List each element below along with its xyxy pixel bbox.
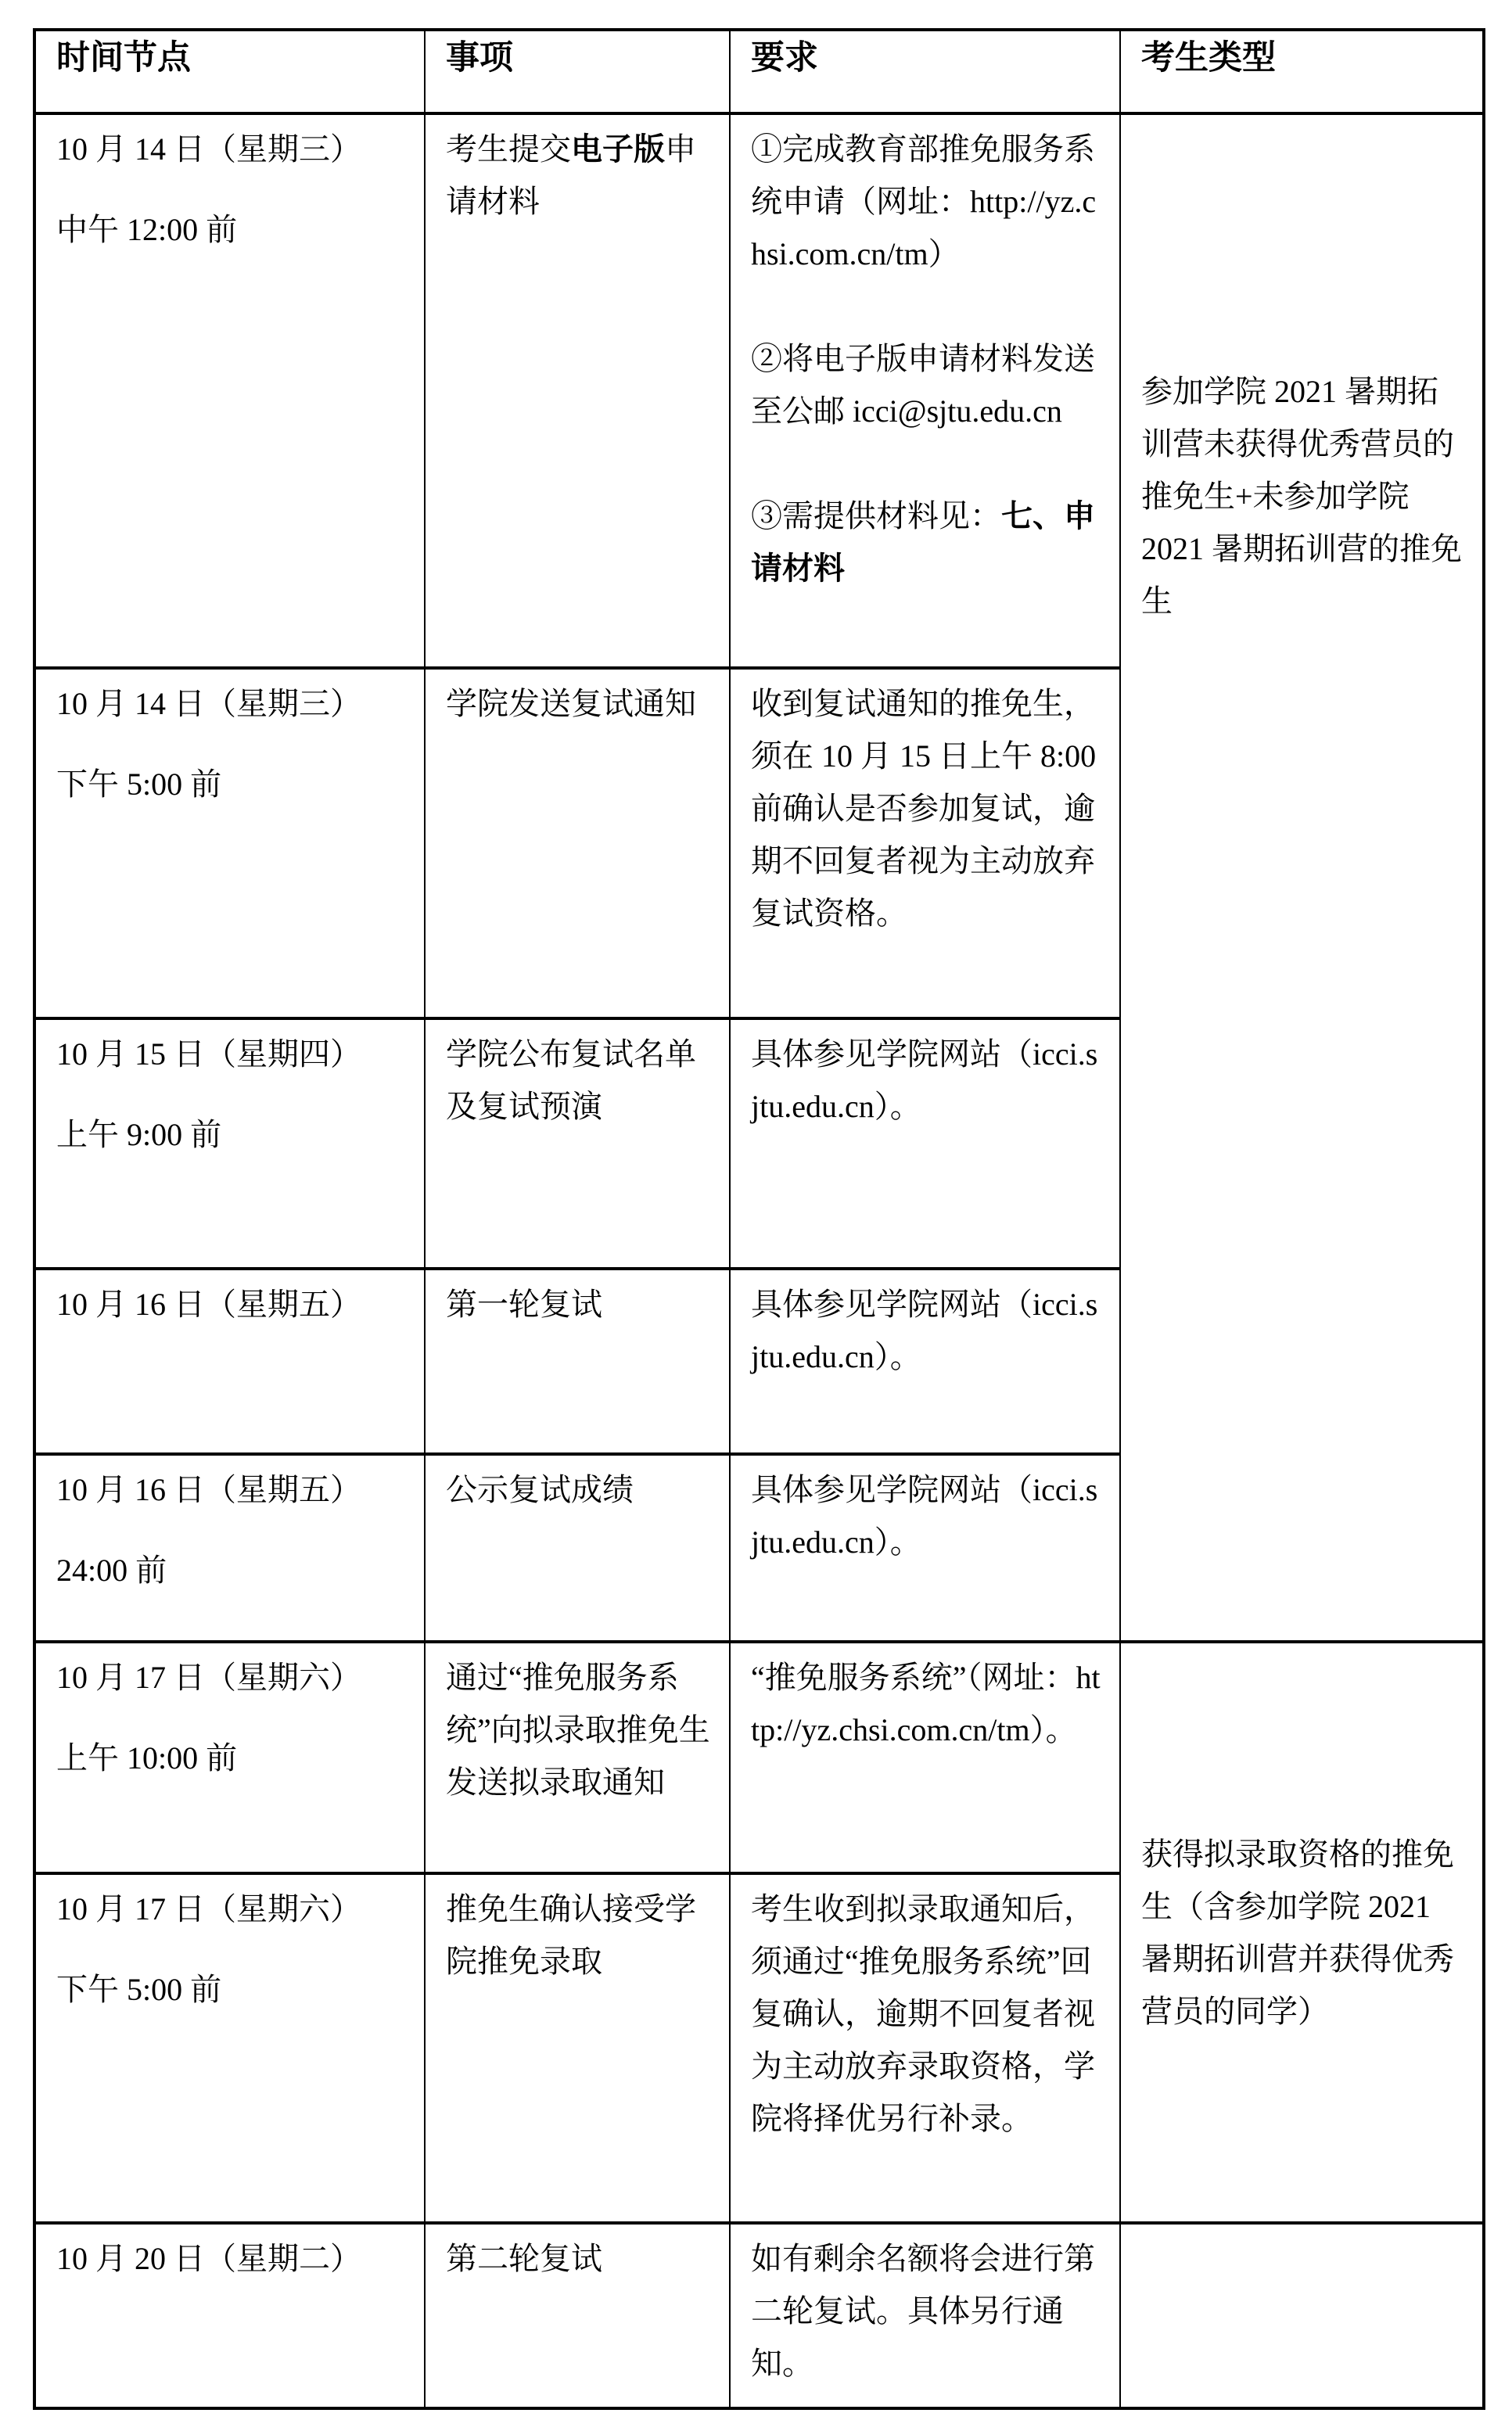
cell-time: 10 月 16 日（星期五）24:00 前	[34, 1454, 425, 1642]
paragraph: 如有剩余名额将会进行第二轮复试。具体另行通知。	[751, 2232, 1104, 2390]
paragraph: 收到复试通知的推免生，须在 10 月 15 日上午 8:00 前确认是否参加复试…	[751, 677, 1104, 939]
text-run: 上午 9:00 前	[56, 1117, 221, 1152]
text-run: 第二轮复试	[446, 2241, 602, 2276]
cell-time: 10 月 20 日（星期二）	[34, 2223, 425, 2408]
text-run: 24:00 前	[56, 1553, 167, 1588]
schedule-table-body: 10 月 14 日（星期三）中午 12:00 前考生提交电子版申请材料①完成教育…	[34, 113, 1484, 2408]
cell-candidate-type: 获得拟录取资格的推免生（含参加学院 2021 暑期拓训营并获得优秀营员的同学）	[1120, 1642, 1484, 2223]
paragraph: 考生收到拟录取通知后，须通过“推免服务系统”回复确认，逾期不回复者视为主动放弃录…	[751, 1883, 1104, 2145]
text-run: 10 月 17 日（星期六）	[56, 1891, 361, 1926]
paragraph: 学院发送复试通知	[446, 677, 713, 730]
cell-time: 10 月 14 日（星期三）中午 12:00 前	[34, 113, 425, 668]
table-row: 10 月 17 日（星期六）上午 10:00 前通过“推免服务系统”向拟录取推免…	[34, 1642, 1484, 1873]
cell-requirement: 如有剩余名额将会进行第二轮复试。具体另行通知。	[730, 2223, 1120, 2408]
cell-time: 10 月 15 日（星期四）上午 9:00 前	[34, 1018, 425, 1269]
text-run: 10 月 16 日（星期五）	[56, 1287, 361, 1322]
cell-candidate-type	[1120, 2223, 1484, 2408]
paragraph: 中午 12:00 前	[56, 203, 408, 256]
cell-time: 10 月 16 日（星期五）	[34, 1269, 425, 1454]
text-run: 学院公布复试名单及复试预演	[446, 1036, 696, 1124]
cell-candidate-type: 参加学院 2021 暑期拓训营未获得优秀营员的推免生+未参加学院 2021 暑期…	[1120, 113, 1484, 1642]
paragraph: 10 月 17 日（星期六）	[56, 1651, 408, 1704]
paragraph: 第二轮复试	[446, 2232, 713, 2285]
cell-time: 10 月 14 日（星期三）下午 5:00 前	[34, 668, 425, 1018]
text-run: 具体参见学院网站（icci.sjtu.edu.cn）。	[751, 1036, 1097, 1124]
paragraph: 10 月 17 日（星期六）	[56, 1883, 408, 1935]
cell-item: 第二轮复试	[425, 2223, 730, 2408]
schedule-table: 时间节点 事项 要求 考生类型 10 月 14 日（星期三）中午 12:00 前…	[33, 28, 1485, 2410]
text-run: 下午 5:00 前	[56, 767, 221, 802]
paragraph: 10 月 16 日（星期五）	[56, 1463, 408, 1516]
col-header-requirement: 要求	[730, 30, 1120, 113]
table-row: 10 月 20 日（星期二）第二轮复试如有剩余名额将会进行第二轮复试。具体另行通…	[34, 2223, 1484, 2408]
text-run: 考生收到拟录取通知后，须通过“推免服务系统”回复确认，逾期不回复者视为主动放弃录…	[751, 1891, 1095, 2136]
text-run: 具体参见学院网站（icci.sjtu.edu.cn）。	[751, 1287, 1097, 1374]
paragraph: ①完成教育部推免服务系统申请（网址：http://yz.chsi.com.cn/…	[751, 123, 1104, 280]
text-run: ③需提供材料见：	[751, 498, 1001, 533]
text-run: 通过“推免服务系统”向拟录取推免生发送拟录取通知	[446, 1660, 710, 1800]
paragraph: 10 月 16 日（星期五）	[56, 1278, 408, 1330]
paragraph: 具体参见学院网站（icci.sjtu.edu.cn）。	[751, 1463, 1104, 1568]
text-run: 具体参见学院网站（icci.sjtu.edu.cn）。	[751, 1472, 1097, 1560]
paragraph: 下午 5:00 前	[56, 758, 408, 810]
header-row: 时间节点 事项 要求 考生类型	[34, 30, 1484, 113]
cell-requirement: 具体参见学院网站（icci.sjtu.edu.cn）。	[730, 1018, 1120, 1269]
text-run: 中午 12:00 前	[56, 212, 237, 247]
cell-item: 公示复试成绩	[425, 1454, 730, 1642]
text-run: 学院发送复试通知	[446, 686, 696, 721]
text-run: 10 月 16 日（星期五）	[56, 1472, 361, 1507]
paragraph: 公示复试成绩	[446, 1463, 713, 1516]
cell-time: 10 月 17 日（星期六）下午 5:00 前	[34, 1873, 425, 2223]
paragraph: ②将电子版申请材料发送至公邮 icci@sjtu.edu.cn	[751, 332, 1104, 437]
paragraph: 获得拟录取资格的推免生（含参加学院 2021 暑期拓训营并获得优秀营员的同学）	[1141, 1828, 1467, 2038]
paragraph: 第一轮复试	[446, 1278, 713, 1330]
text-run: 考生提交	[446, 131, 571, 167]
paragraph: 具体参见学院网站（icci.sjtu.edu.cn）。	[751, 1028, 1104, 1133]
paragraph: 10 月 14 日（星期三）	[56, 677, 408, 730]
cell-requirement: “推免服务系统”（网址：http://yz.chsi.com.cn/tm）。	[730, 1642, 1120, 1873]
text-run: 公示复试成绩	[446, 1472, 634, 1507]
cell-item: 通过“推免服务系统”向拟录取推免生发送拟录取通知	[425, 1642, 730, 1873]
text-run: 10 月 14 日（星期三）	[56, 686, 361, 721]
paragraph: 下午 5:00 前	[56, 1963, 408, 2016]
cell-requirement: ①完成教育部推免服务系统申请（网址：http://yz.chsi.com.cn/…	[730, 113, 1120, 668]
text-run: 第一轮复试	[446, 1287, 602, 1322]
cell-requirement: 收到复试通知的推免生，须在 10 月 15 日上午 8:00 前确认是否参加复试…	[730, 668, 1120, 1018]
text-run: 10 月 15 日（星期四）	[56, 1036, 361, 1072]
text-run: 上午 10:00 前	[56, 1740, 237, 1776]
text-run: 10 月 14 日（星期三）	[56, 131, 361, 167]
paragraph: 10 月 15 日（星期四）	[56, 1028, 408, 1080]
text-run: 收到复试通知的推免生，须在 10 月 15 日上午 8:00 前确认是否参加复试…	[751, 686, 1096, 931]
text-run: “推免服务系统”（网址：http://yz.chsi.com.cn/tm）。	[751, 1660, 1101, 1747]
cell-item: 考生提交电子版申请材料	[425, 113, 730, 668]
table-row: 10 月 14 日（星期三）中午 12:00 前考生提交电子版申请材料①完成教育…	[34, 113, 1484, 668]
text-run: 10 月 20 日（星期二）	[56, 2241, 361, 2276]
paragraph: 推免生确认接受学院推免录取	[446, 1883, 713, 1988]
paragraph: 学院公布复试名单及复试预演	[446, 1028, 713, 1133]
text-run: 如有剩余名额将会进行第二轮复试。具体另行通知。	[751, 2241, 1095, 2381]
text-run: 10 月 17 日（星期六）	[56, 1660, 361, 1695]
col-header-item: 事项	[425, 30, 730, 113]
paragraph: 10 月 14 日（星期三）	[56, 123, 408, 175]
text-run: 推免生确认接受学院推免录取	[446, 1891, 696, 1979]
paragraph: 具体参见学院网站（icci.sjtu.edu.cn）。	[751, 1278, 1104, 1383]
paragraph: 上午 10:00 前	[56, 1732, 408, 1784]
bold-text-run: 电子版	[571, 131, 665, 167]
cell-requirement: 具体参见学院网站（icci.sjtu.edu.cn）。	[730, 1454, 1120, 1642]
text-run: ①完成教育部推免服务系统申请（网址：http://yz.chsi.com.cn/…	[751, 131, 1096, 271]
cell-item: 第一轮复试	[425, 1269, 730, 1454]
paragraph: ③需提供材料见：七、申请材料	[751, 490, 1104, 594]
paragraph: 上午 9:00 前	[56, 1108, 408, 1161]
text-run: ②将电子版申请材料发送至公邮 icci@sjtu.edu.cn	[751, 341, 1095, 429]
col-header-time: 时间节点	[34, 30, 425, 113]
cell-requirement: 具体参见学院网站（icci.sjtu.edu.cn）。	[730, 1269, 1120, 1454]
cell-item: 推免生确认接受学院推免录取	[425, 1873, 730, 2223]
paragraph: 24:00 前	[56, 1544, 408, 1596]
paragraph: 考生提交电子版申请材料	[446, 123, 713, 228]
text-run: 下午 5:00 前	[56, 1972, 221, 2007]
cell-requirement: 考生收到拟录取通知后，须通过“推免服务系统”回复确认，逾期不回复者视为主动放弃录…	[730, 1873, 1120, 2223]
paragraph: “推免服务系统”（网址：http://yz.chsi.com.cn/tm）。	[751, 1651, 1104, 1756]
col-header-candidate-type: 考生类型	[1120, 30, 1484, 113]
cell-item: 学院公布复试名单及复试预演	[425, 1018, 730, 1269]
paragraph: 参加学院 2021 暑期拓训营未获得优秀营员的推免生+未参加学院 2021 暑期…	[1141, 365, 1467, 627]
paragraph: 10 月 20 日（星期二）	[56, 2232, 408, 2285]
cell-item: 学院发送复试通知	[425, 668, 730, 1018]
cell-time: 10 月 17 日（星期六）上午 10:00 前	[34, 1642, 425, 1873]
paragraph: 通过“推免服务系统”向拟录取推免生发送拟录取通知	[446, 1651, 713, 1808]
